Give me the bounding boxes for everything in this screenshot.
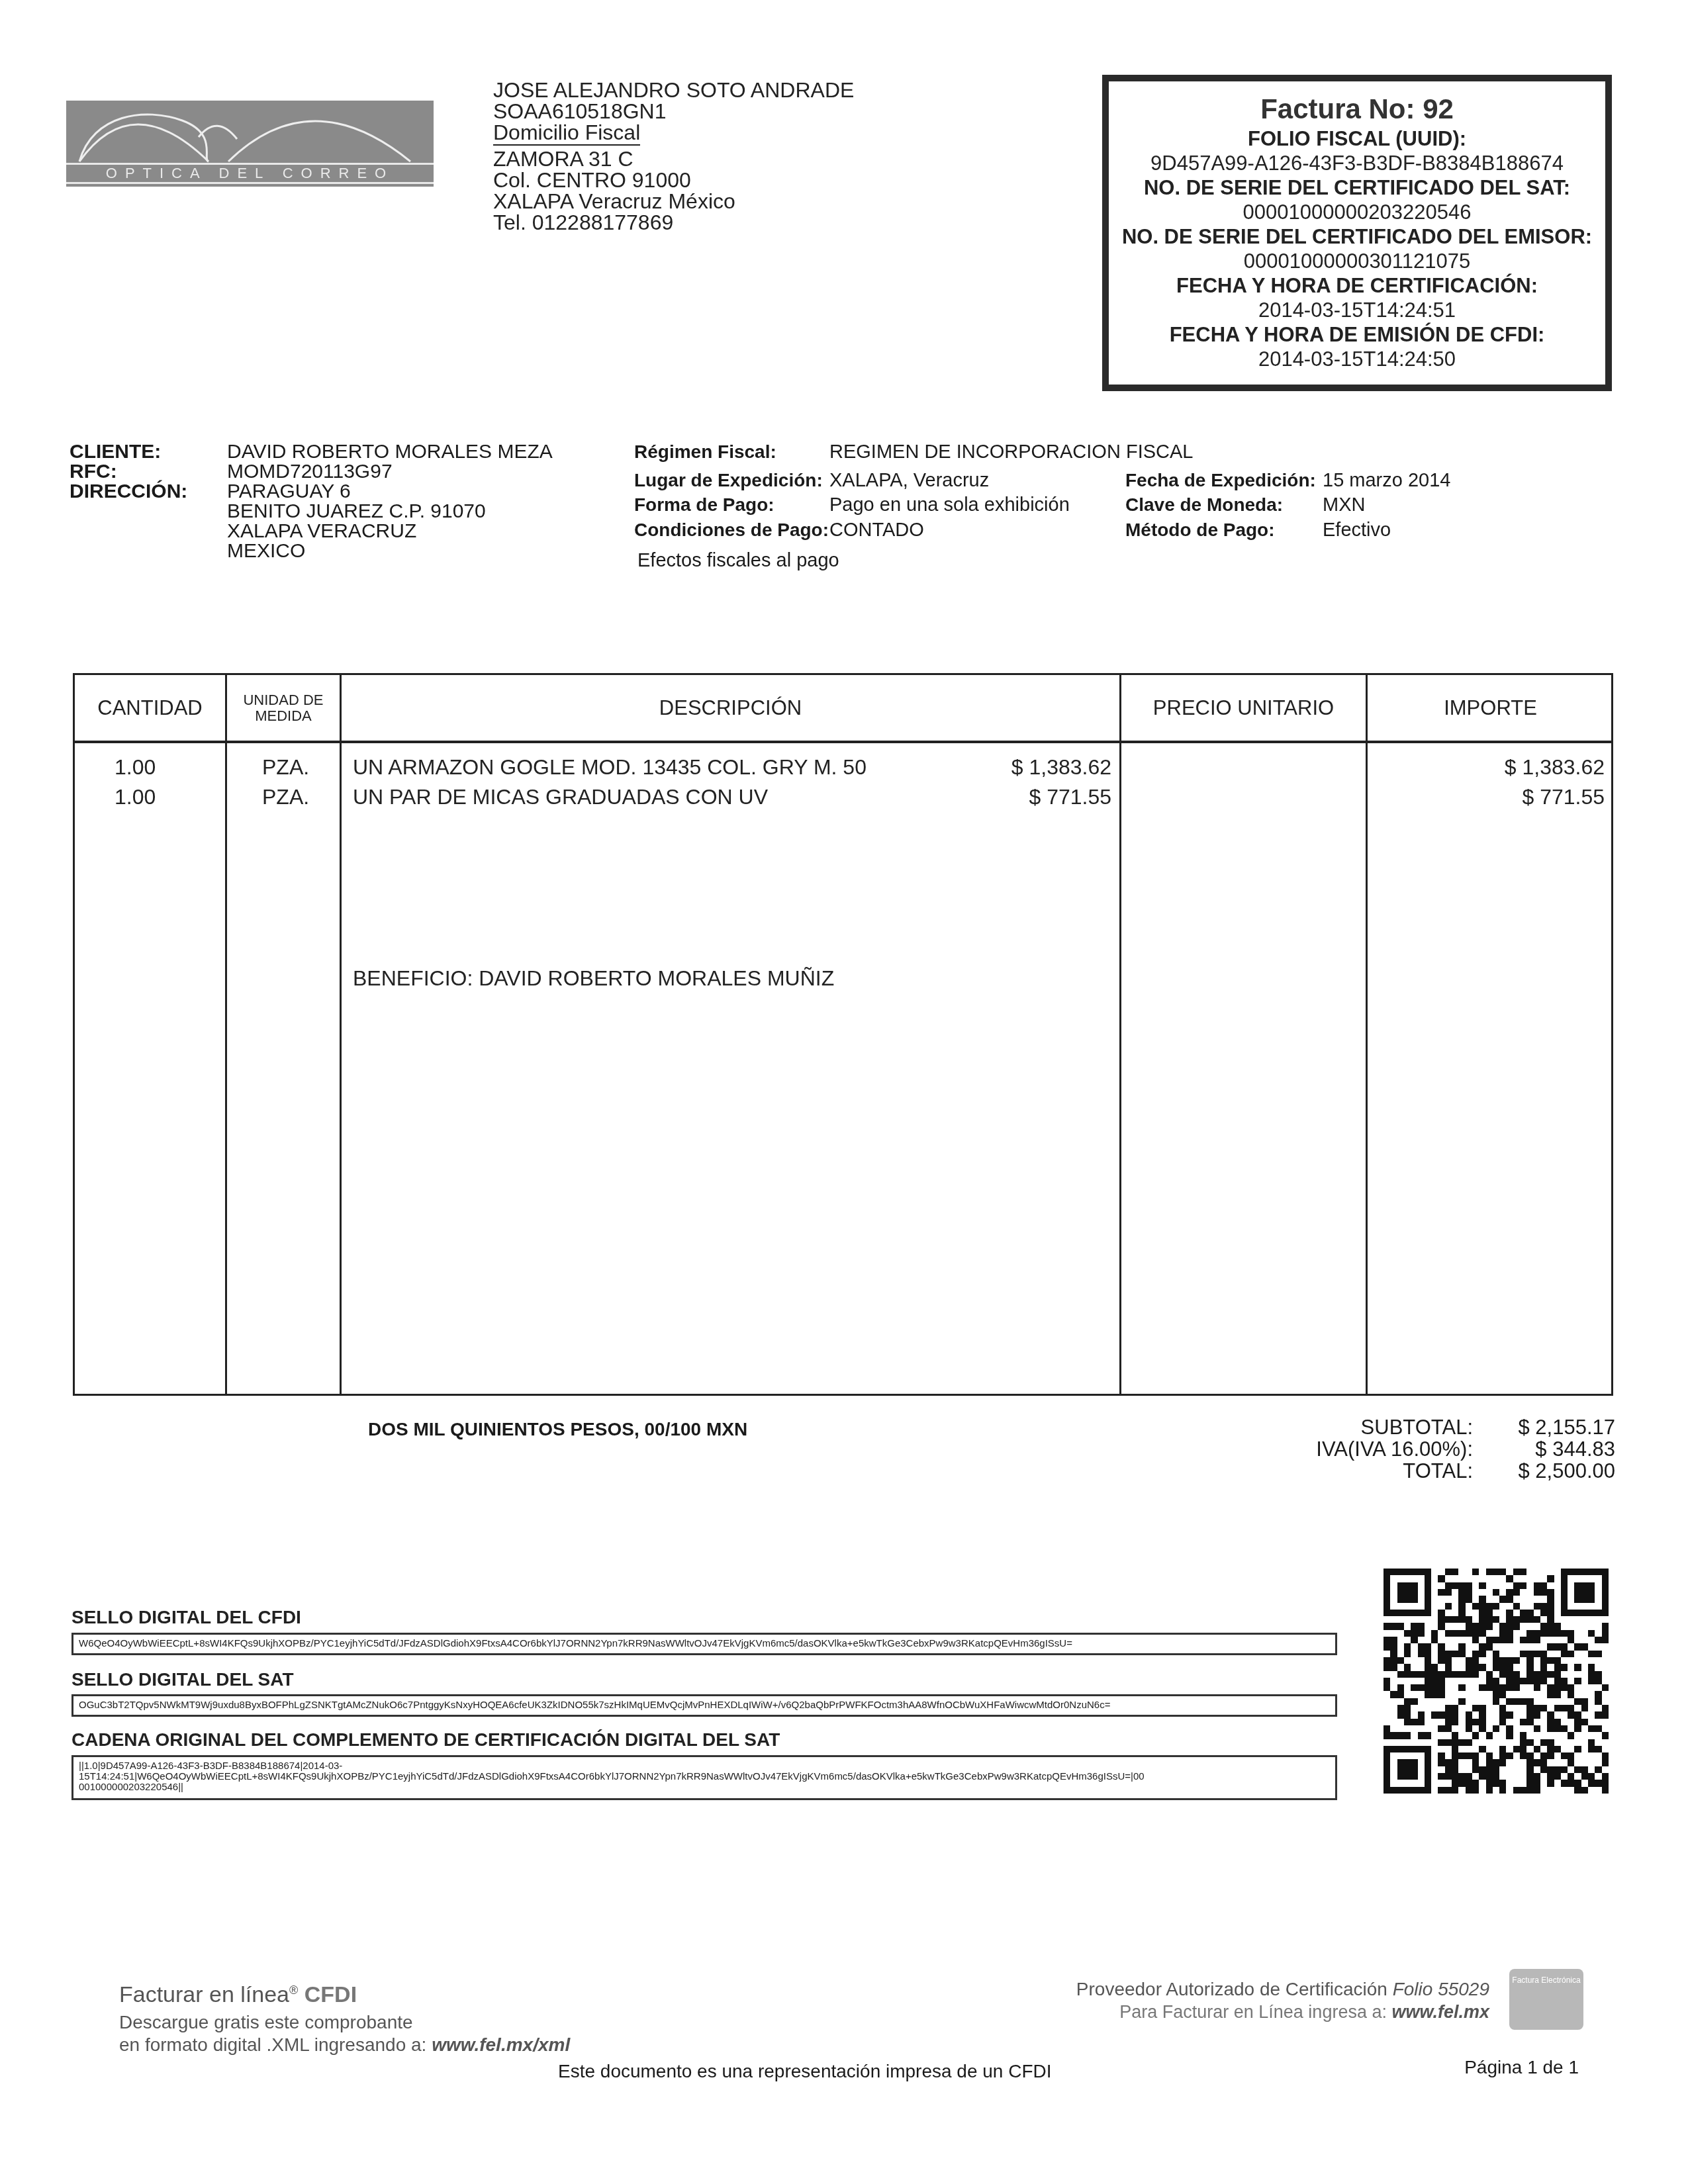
- cadena-line: ||1.0|9D457A99-A126-43F3-B3DF-B8384B1886…: [79, 1761, 1330, 1772]
- rfc-label: RFC:: [70, 462, 117, 482]
- moneda-label: Clave de Moneda:: [1125, 495, 1283, 516]
- total-value: $ 2,500.00: [1518, 1460, 1615, 1482]
- proveedor-line: Proveedor Autorizado de Certificación Fo…: [1076, 1979, 1489, 2000]
- footer-brand: Facturar en línea® CFDI: [119, 1982, 357, 2008]
- descarga-text: en formato digital .XML ingresando a:: [119, 2034, 426, 2055]
- emisor-ciudad: XALAPA Veracruz México: [493, 191, 854, 212]
- subtotal-label: SUBTOTAL:: [1361, 1416, 1473, 1439]
- header-unidad: UNIDAD DE MEDIDA: [227, 675, 340, 741]
- domicilio-label: Domicilio Fiscal: [493, 122, 640, 146]
- logo-arches-icon: [66, 101, 434, 163]
- registered-icon: ®: [289, 1983, 298, 1997]
- row-1-precio: $ 1,383.62: [1011, 756, 1111, 778]
- descarga-line-2: en formato digital .XML ingresando a: ww…: [119, 2034, 570, 2056]
- forma-value: Pago en una sola exhibición: [829, 495, 1070, 516]
- direccion-line: XALAPA VERACRUZ: [227, 522, 416, 541]
- para-facturar-line: Para Facturar en Línea ingresa a: www.fe…: [1119, 2002, 1489, 2023]
- row-1-unidad: PZA.: [262, 756, 309, 778]
- condiciones-value: CONTADO: [829, 520, 924, 541]
- efectos-fiscales: Efectos fiscales al pago: [637, 551, 839, 572]
- condiciones-label: Condiciones de Pago:: [634, 520, 829, 541]
- fecha-cert-label: FECHA Y HORA DE CERTIFICACIÓN:: [1109, 273, 1605, 298]
- row-1-importe: $ 1,383.62: [1505, 756, 1605, 778]
- proveedor-folio: Folio 55029: [1393, 1979, 1489, 1999]
- company-logo: OPTICA DEL CORREO: [66, 101, 434, 187]
- logo-text: OPTICA DEL CORREO: [66, 163, 434, 184]
- iva-value: $ 344.83: [1535, 1438, 1615, 1461]
- header-cantidad: CANTIDAD: [75, 675, 225, 741]
- metodo-value: Efectivo: [1323, 520, 1391, 541]
- cadena-line: 15T14:24:51|W6QeO4OyWbWiEECptL+8sWI4KFQs…: [79, 1772, 1330, 1782]
- header-precio: PRECIO UNITARIO: [1121, 675, 1366, 741]
- regimen-label: Régimen Fiscal:: [634, 442, 776, 463]
- subtotal-value: $ 2,155.17: [1518, 1416, 1615, 1439]
- lugar-label: Lugar de Expedición:: [634, 471, 823, 491]
- brand-text: Facturar en línea: [119, 1982, 289, 2007]
- factura-electronica-badge: Factura Electrónica: [1509, 1969, 1583, 2030]
- metodo-label: Método de Pago:: [1125, 520, 1275, 541]
- row-2-cantidad: 1.00: [115, 786, 156, 807]
- factura-number: Factura No: 92: [1109, 92, 1605, 126]
- serie-sat-value: 00001000000203220546: [1109, 200, 1605, 224]
- direccion-line: BENITO JUAREZ C.P. 91070: [227, 502, 486, 522]
- emisor-nombre: JOSE ALEJANDRO SOTO ANDRADE: [493, 79, 854, 101]
- sello-sat-value: OGuC3bT2TQpv5NWkMT9Wj9uxdu8ByxBOFPhLgZSN…: [71, 1694, 1337, 1717]
- xml-download-link[interactable]: www.fel.mx/xml: [432, 2034, 570, 2055]
- badge-text: Factura Electrónica: [1512, 1976, 1580, 1985]
- cliente-label: CLIENTE:: [70, 442, 161, 462]
- emisor-block: JOSE ALEJANDRO SOTO ANDRADE SOAA610518GN…: [493, 79, 854, 233]
- cadena-original-value: ||1.0|9D457A99-A126-43F3-B3DF-B8384B1886…: [71, 1755, 1337, 1800]
- fecha-cert-value: 2014-03-15T14:24:51: [1109, 298, 1605, 322]
- sello-cfdi-title: SELLO DIGITAL DEL CFDI: [71, 1607, 301, 1628]
- serie-emisor-label: NO. DE SERIE DEL CERTIFICADO DEL EMISOR:: [1109, 224, 1605, 249]
- fecha-value: 15 marzo 2014: [1323, 471, 1450, 492]
- emisor-calle: ZAMORA 31 C: [493, 148, 854, 169]
- uuid-value: 9D457A99-A126-43F3-B3DF-B8384B188674: [1109, 151, 1605, 175]
- emisor-telefono: Tel. 012288177869: [493, 212, 854, 233]
- folio-box: Factura No: 92 FOLIO FISCAL (UUID): 9D45…: [1102, 75, 1612, 391]
- sello-sat-title: SELLO DIGITAL DEL SAT: [71, 1669, 294, 1690]
- page-number: Página 1 de 1: [1464, 2057, 1579, 2078]
- beneficio-note: BENEFICIO: DAVID ROBERTO MORALES MUÑIZ: [353, 968, 834, 989]
- emisor-colonia: Col. CENTRO 91000: [493, 169, 854, 191]
- serie-emisor-value: 00001000000301121075: [1109, 249, 1605, 273]
- descarga-line-1: Descargue gratis este comprobante: [119, 2012, 413, 2033]
- total-en-letra: DOS MIL QUINIENTOS PESOS, 00/100 MXN: [368, 1420, 747, 1440]
- cliente-rfc: MOMD720113G97: [227, 462, 393, 482]
- proveedor-text: Proveedor Autorizado de Certificación: [1076, 1979, 1387, 1999]
- row-2-importe: $ 771.55: [1522, 786, 1605, 807]
- row-2-precio: $ 771.55: [1029, 786, 1111, 807]
- regimen-value: REGIMEN DE INCORPORACION FISCAL: [829, 442, 1193, 463]
- serie-sat-label: NO. DE SERIE DEL CERTIFICADO DEL SAT:: [1109, 175, 1605, 200]
- fecha-emision-label: FECHA Y HORA DE EMISIÓN DE CFDI:: [1109, 322, 1605, 347]
- fel-link[interactable]: www.fel.mx: [1391, 2002, 1489, 2022]
- header-descripcion: DESCRIPCIÓN: [342, 675, 1119, 741]
- row-1-cantidad: 1.00: [115, 756, 156, 778]
- lugar-value: XALAPA, Veracruz: [829, 471, 989, 492]
- items-table: CANTIDAD UNIDAD DE MEDIDA DESCRIPCIÓN PR…: [73, 673, 1613, 1396]
- cadena-line: 001000000203220546||: [79, 1782, 1330, 1793]
- uuid-label: FOLIO FISCAL (UUID):: [1109, 126, 1605, 151]
- direccion-line: MEXICO: [227, 541, 305, 561]
- cadena-original-title: CADENA ORIGINAL DEL COMPLEMENTO DE CERTI…: [71, 1729, 780, 1751]
- iva-label: IVA(IVA 16.00%):: [1316, 1438, 1473, 1461]
- fecha-emision-value: 2014-03-15T14:24:50: [1109, 347, 1605, 371]
- brand-cfdi: CFDI: [305, 1982, 357, 2007]
- representacion-impresa: Este documento es una representación imp…: [558, 2061, 1052, 2082]
- sello-cfdi-value: W6QeO4OyWbWiEECptL+8sWI4KFQs9UkjhXOPBz/P…: [71, 1633, 1337, 1655]
- row-1-descripcion: UN ARMAZON GOGLE MOD. 13435 COL. GRY M. …: [353, 756, 867, 778]
- emisor-rfc: SOAA610518GN1: [493, 101, 854, 122]
- fecha-label: Fecha de Expedición:: [1125, 471, 1316, 491]
- forma-label: Forma de Pago:: [634, 495, 774, 516]
- direccion-line: PARAGUAY 6: [227, 482, 351, 502]
- direccion-label: DIRECCIÓN:: [70, 482, 187, 502]
- moneda-value: MXN: [1323, 495, 1365, 516]
- para-text: Para Facturar en Línea ingresa a:: [1119, 2002, 1387, 2022]
- header-importe: IMPORTE: [1368, 675, 1613, 741]
- cliente-nombre: DAVID ROBERTO MORALES MEZA: [227, 442, 553, 462]
- total-label: TOTAL:: [1403, 1460, 1473, 1482]
- row-2-unidad: PZA.: [262, 786, 309, 807]
- row-2-descripcion: UN PAR DE MICAS GRADUADAS CON UV: [353, 786, 768, 807]
- qr-code-icon: [1383, 1569, 1609, 1794]
